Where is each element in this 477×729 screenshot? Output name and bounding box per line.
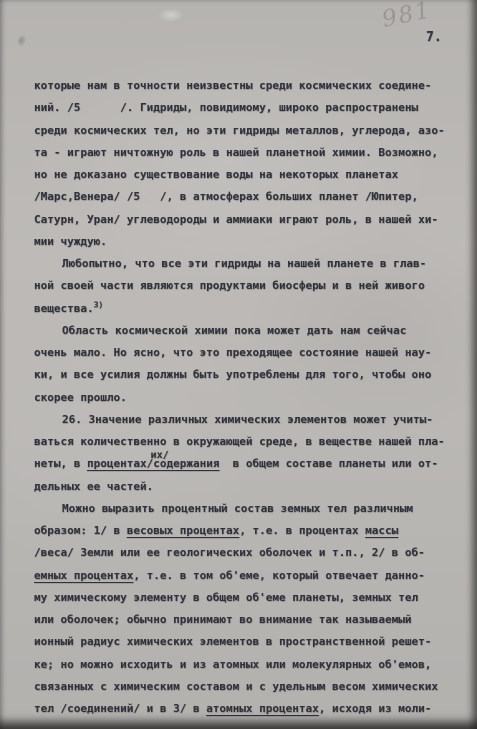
footnote-superscript: 3) bbox=[94, 300, 104, 309]
text-line: емных процентах, т.е. в том об'еме, кото… bbox=[34, 565, 454, 587]
text-line: неты, в процентах/содержанияих/ в общем … bbox=[34, 453, 454, 475]
text-line: вещества.3) bbox=[34, 298, 454, 320]
text-line: 26. Значение различных химических элемен… bbox=[34, 409, 454, 431]
inserted-correction: их/ bbox=[151, 445, 169, 467]
text-line: очень мало. Но ясно, что это преходящее … bbox=[34, 342, 454, 364]
text-line: связанных с химическим составом и с удел… bbox=[34, 676, 454, 698]
text-segment: 26. Значение различных химических элемен… bbox=[62, 413, 433, 426]
underlined-text: массы bbox=[365, 524, 398, 537]
text-line: Сатурн, Уран/ углеводороды и аммиаки игр… bbox=[34, 209, 454, 231]
text-line: ионный радиус химических элементов в про… bbox=[34, 631, 454, 653]
underlined-text: процентах/содержанияих/ bbox=[87, 457, 219, 470]
text-segment: дельных ее частей. bbox=[34, 480, 153, 493]
text-segment: му химическому элементу в общем об'еме п… bbox=[34, 591, 418, 604]
text-segment: неты, в bbox=[34, 457, 87, 470]
text-segment: Можно выразить процентный состав земных … bbox=[62, 502, 413, 515]
text-segment: та - играют ничтожную роль в нашей плане… bbox=[34, 146, 438, 159]
text-line: но не доказано существование воды на нек… bbox=[34, 164, 454, 186]
text-line: образом: 1/ в весовых процентах, т.е. в … bbox=[34, 520, 454, 542]
text-line: та - играют ничтожную роль в нашей плане… bbox=[34, 142, 454, 164]
text-segment: образом: 1/ в bbox=[34, 524, 127, 537]
text-segment: или оболочек; обычно принимают во вниман… bbox=[34, 613, 412, 626]
text-segment: среди космических тел, но эти гидриды ме… bbox=[34, 124, 445, 137]
text-segment: ионный радиус химических элементов в про… bbox=[34, 635, 431, 648]
text-line: ваться количественно в окружающей среде,… bbox=[34, 431, 454, 453]
page-number: 7. bbox=[426, 30, 442, 45]
text-line: или оболочек; обычно принимают во вниман… bbox=[34, 609, 454, 631]
text-segment: ки, и все усилия должны быть употреблены… bbox=[34, 368, 431, 381]
text-segment: , исходя из моли- bbox=[319, 702, 432, 715]
text-segment: скорее прошло. bbox=[34, 391, 127, 404]
text-line: тел /соединений/ и в 3/ в атомных процен… bbox=[34, 698, 454, 720]
text-segment: , т.е. в процентах bbox=[239, 524, 365, 537]
text-segment: мии чуждую. bbox=[34, 235, 107, 248]
text-line: ке; но можно исходить и из атомных или м… bbox=[34, 654, 454, 676]
text-line: /Марс,Венера/ /5 /, в атмосферах больших… bbox=[34, 186, 454, 208]
text-segment: /веса/ Земли или ее геологических оболоч… bbox=[34, 546, 425, 559]
text-segment: ной своей части являются продуктами биос… bbox=[34, 279, 425, 292]
pencil-annotation: 981 bbox=[380, 0, 434, 33]
text-line: дельных ее частей. bbox=[34, 476, 454, 498]
text-segment: вещества. bbox=[34, 302, 94, 315]
text-line: Область космической химии пока может дат… bbox=[34, 320, 454, 342]
text-segment: в общем составе планеты или от- bbox=[219, 457, 438, 470]
text-line: му химическому элементу в общем об'еме п… bbox=[34, 587, 454, 609]
text-segment: Область космической химии пока может дат… bbox=[62, 324, 406, 337]
text-line: ний. /5 /. Гидриды, повидимому, широко р… bbox=[34, 97, 454, 119]
text-segment: ваться количественно в окружающей среде,… bbox=[34, 435, 445, 448]
text-segment: , т.е. в том об'еме, который отвечает да… bbox=[133, 569, 424, 582]
text-segment: /Марс,Венера/ /5 /, в атмосферах больших… bbox=[34, 190, 418, 203]
underlined-text: весовых процентах bbox=[127, 524, 240, 537]
text-line: среди космических тел, но эти гидриды ме… bbox=[34, 120, 454, 142]
text-segment: ний. /5 /. Гидриды, повидимому, широко р… bbox=[34, 101, 418, 114]
paper-light-spot bbox=[158, 8, 184, 22]
text-line: мии чуждую. bbox=[34, 231, 454, 253]
text-segment: но не доказано существование воды на нек… bbox=[34, 168, 398, 181]
text-line: ки, и все усилия должны быть употреблены… bbox=[34, 364, 454, 386]
text-segment: очень мало. Но ясно, что это преходящее … bbox=[34, 346, 431, 359]
underlined-text: атомных процентах bbox=[206, 702, 319, 715]
text-line: скорее прошло. bbox=[34, 387, 454, 409]
text-block: которые нам в точности неизвестны среди … bbox=[34, 75, 454, 720]
underlined-text: емных процентах bbox=[34, 569, 133, 582]
text-segment: ке; но можно исходить и из атомных или м… bbox=[34, 658, 431, 671]
text-segment: связанных с химическим составом и с удел… bbox=[34, 680, 438, 693]
text-segment: Любопытно, что все эти гидриды на нашей … bbox=[62, 257, 426, 270]
text-segment: тел /соединений/ и в 3/ в bbox=[34, 702, 206, 715]
text-line: Можно выразить процентный состав земных … bbox=[34, 498, 454, 520]
text-segment: Сатурн, Уран/ углеводороды и аммиаки игр… bbox=[34, 213, 438, 226]
text-line: которые нам в точности неизвестны среди … bbox=[34, 75, 454, 97]
text-line: /веса/ Земли или ее геологических оболоч… bbox=[34, 542, 454, 564]
text-line: ной своей части являются продуктами биос… bbox=[34, 275, 454, 297]
text-segment: которые нам в точности неизвестны среди … bbox=[34, 79, 431, 92]
text-line: Любопытно, что все эти гидриды на нашей … bbox=[34, 253, 454, 275]
paper-smudge bbox=[15, 33, 28, 48]
scanned-document-page: 981 7. которые нам в точности неизвестны… bbox=[0, 0, 477, 729]
